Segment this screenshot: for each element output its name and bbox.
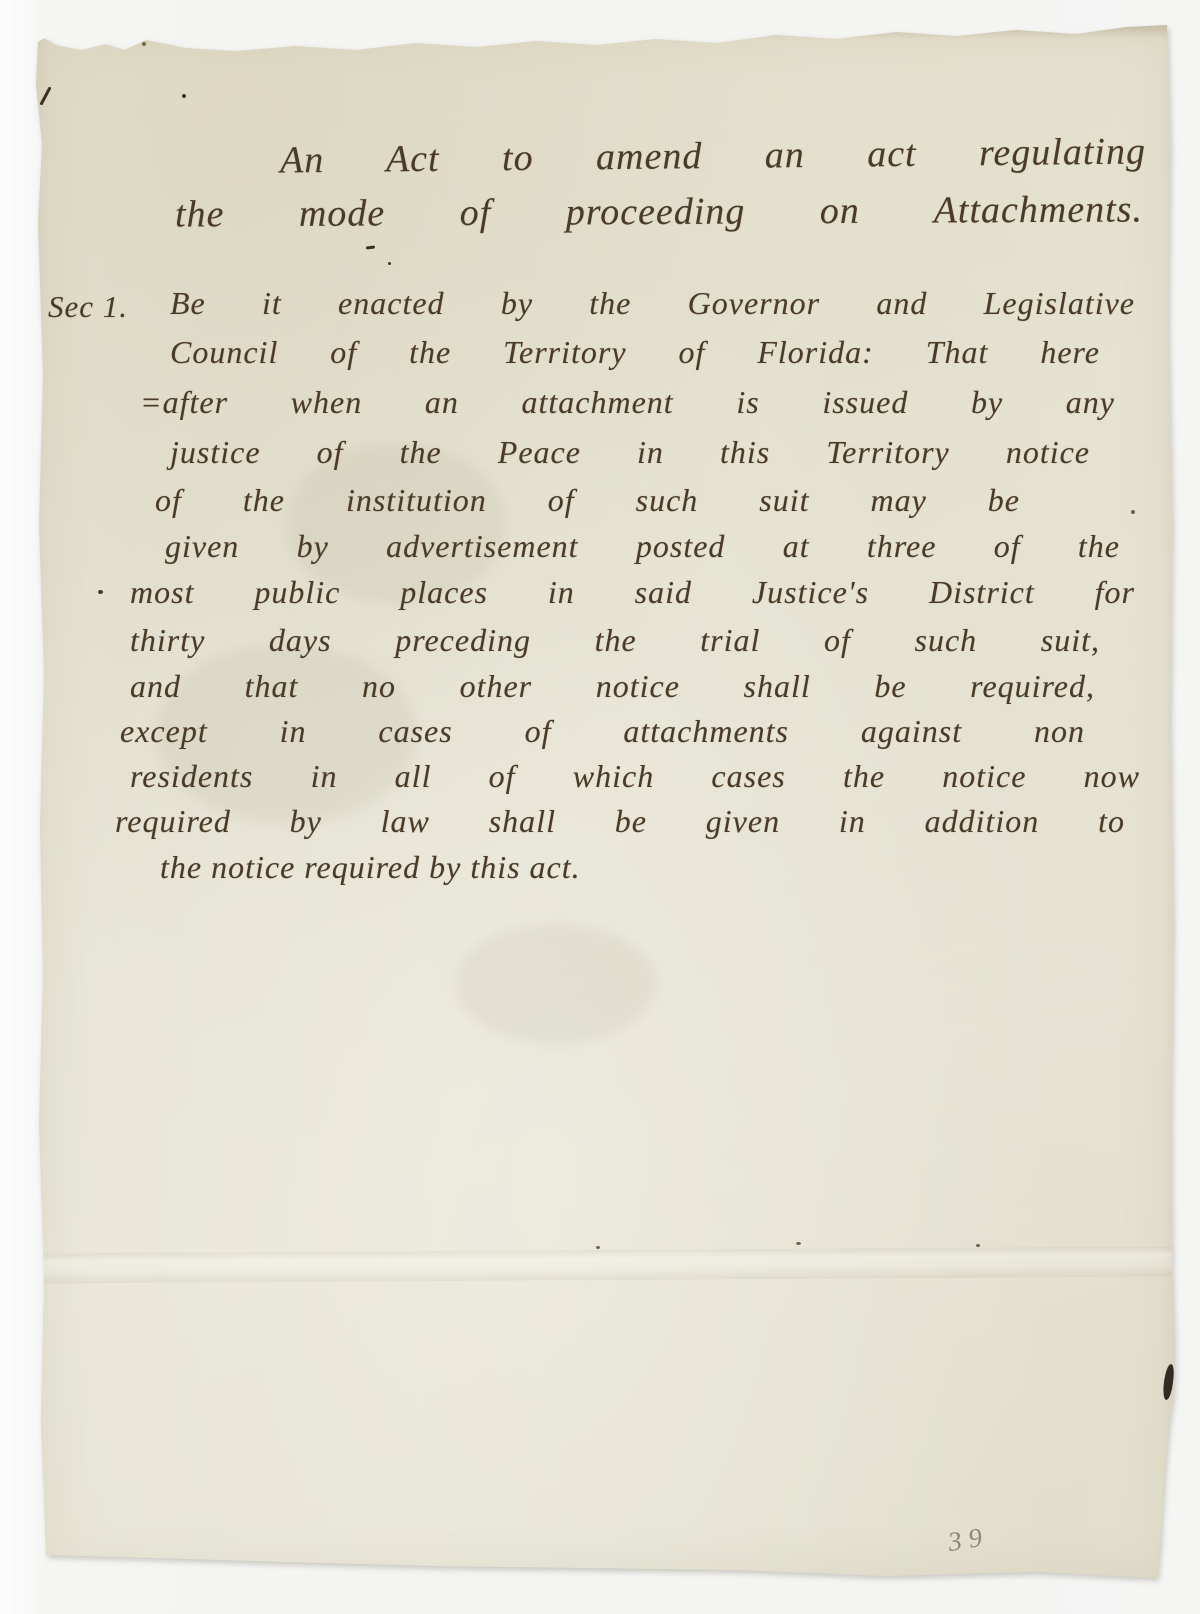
ink-stroke-mark [39,86,51,105]
manuscript-line: justice of the Peace in this Territory n… [170,435,1090,470]
manuscript-line: Be it enacted by the Governor and Legisl… [170,286,1135,321]
ink-speck [182,94,186,98]
manuscript-line: most public places in said Justice's Dis… [130,575,1135,610]
manuscript-line: and that no other notice shall be requir… [130,669,1095,704]
manuscript-line: of the institution of such suit may be [155,483,1020,518]
document-title-line-1: An Act to amend an act regulating [280,131,1146,182]
document-title-line-2: the mode of proceeding on Attachments. [175,189,1143,236]
ink-speck [1131,510,1135,514]
manuscript-line: Council of the Territory of Florida: Tha… [170,335,1100,370]
ink-showthrough [456,924,656,1044]
manuscript-line: residents in all of which cases the noti… [130,759,1140,794]
torn-edge-speck [142,42,146,46]
paper-shadow-wrap: An Act to amend an act regulating the mo… [0,0,1200,1614]
ink-blot [1162,1364,1175,1401]
paper-crease [36,1247,1174,1284]
torn-edge-speck [108,40,113,45]
pencil-page-number: 39 [946,1521,991,1558]
scan-background: An Act to amend an act regulating the mo… [0,0,1200,1614]
ink-speck [366,245,375,249]
torn-edge-tint [36,24,1174,40]
manuscript-line: required by law shall be given in additi… [115,804,1125,839]
manuscript-line: given by advertisement posted at three o… [165,529,1120,564]
manuscript-page: An Act to amend an act regulating the mo… [36,24,1174,1580]
manuscript-line: =after when an attachment is issued by a… [140,385,1115,420]
crease-speck [976,1244,980,1247]
manuscript-line: thirty days preceding the trial of such … [130,623,1100,658]
crease-speck [596,1246,600,1249]
manuscript-line: except in cases of attachments against n… [120,714,1085,749]
crease-speck [796,1242,801,1245]
ink-speck [98,590,103,594]
ink-speck [388,262,391,265]
section-label: Sec 1. [48,290,128,324]
manuscript-line: the notice required by this act. [160,850,860,885]
